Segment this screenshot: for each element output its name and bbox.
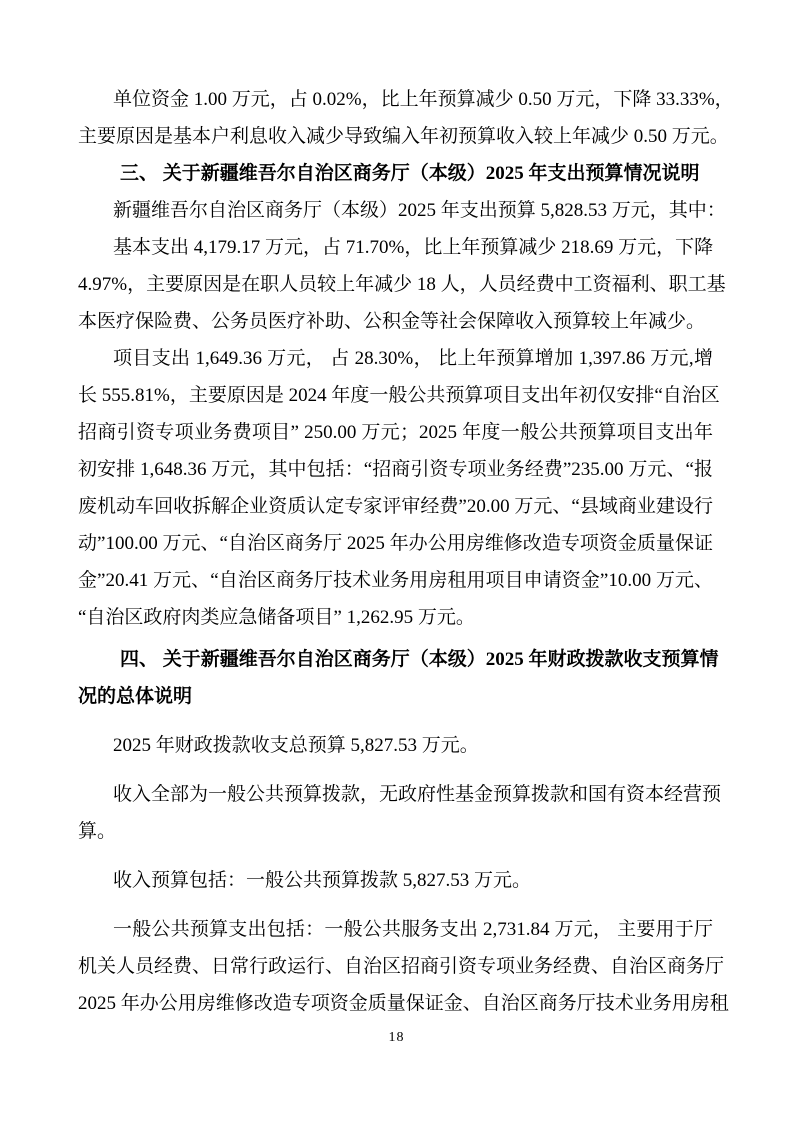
paragraph-basic-expenditure: 基本支出 4,179.17 万元，占 71.70%，比上年预算减少 218.69… [78, 229, 713, 340]
text-line: 2025 年办公用房维修改造专项资金质量保证金、自治区商务厅技术业务用房租 [78, 985, 713, 1022]
text-line: 本医疗保险费、公务员医疗补助、公积金等社会保障收入预算较上年减少。 [78, 303, 713, 340]
section-heading-3: 三、 关于新疆维吾尔自治区商务厅（本级）2025 年支出预算情况说明 [78, 155, 713, 192]
section-heading-4: 四、 关于新疆维吾尔自治区商务厅（本级）2025 年财政拨款收支预算情况的总体说… [78, 641, 713, 715]
text-line: 2025 年财政拨款收支总预算 5,827.53 万元。 [78, 727, 713, 764]
text-line: “自治区政府肉类应急储备项目” 1,262.95 万元。 [78, 599, 713, 636]
paragraph-public-budget-expenditure: 一般公共预算支出包括：一般公共服务支出 2,731.84 万元， 主要用于厅机关… [78, 911, 713, 1022]
document-page: 单位资金 1.00 万元，占 0.02%，比上年预算减少 0.50 万元，下降 … [0, 0, 793, 1122]
paragraph-fiscal-total: 2025 年财政拨款收支总预算 5,827.53 万元。 [78, 727, 713, 764]
document-body: 单位资金 1.00 万元，占 0.02%，比上年预算减少 0.50 万元，下降 … [78, 81, 713, 1022]
text-line: 机关人员经费、日常行政运行、自治区招商引资专项业务经费、自治区商务厅 [78, 948, 713, 985]
text-line: 长 555.81%，主要原因是 2024 年度一般公共预算项目支出年初仅安排“自… [78, 377, 713, 414]
text-line: 废机动车回收拆解企业资质认定专家评审经费”20.00 万元、“县域商业建设行 [78, 488, 713, 525]
text-line: 招商引资专项业务费项目” 250.00 万元；2025 年度一般公共预算项目支出… [78, 414, 713, 451]
text-line: 金”20.41 万元、“自治区商务厅技术业务用房租用项目申请资金”10.00 万… [78, 562, 713, 599]
text-line: 动”100.00 万元、“自治区商务厅 2025 年办公用房维修改造专项资金质量… [78, 525, 713, 562]
text-line: 四、 关于新疆维吾尔自治区商务厅（本级）2025 年财政拨款收支预算情 [78, 641, 713, 678]
text-line: 一般公共预算支出包括：一般公共服务支出 2,731.84 万元， 主要用于厅 [78, 911, 713, 948]
text-line: 初安排 1,648.36 万元，其中包括：“招商引资专项业务经费”235.00 … [78, 451, 713, 488]
paragraph-income-source: 收入全部为一般公共预算拨款，无政府性基金预算拨款和国有资本经营预算。 [78, 776, 713, 850]
paragraph-expenditure-total: 新疆维吾尔自治区商务厅（本级）2025 年支出预算 5,828.53 万元，其中… [78, 192, 713, 229]
page-number: 18 [0, 1030, 793, 1046]
text-line: 收入全部为一般公共预算拨款，无政府性基金预算拨款和国有资本经营预 [78, 776, 713, 813]
text-line: 基本支出 4,179.17 万元，占 71.70%，比上年预算减少 218.69… [78, 229, 713, 266]
text-line: 况的总体说明 [78, 678, 713, 715]
text-line: 新疆维吾尔自治区商务厅（本级）2025 年支出预算 5,828.53 万元，其中… [78, 192, 713, 229]
text-line: 算。 [78, 813, 713, 850]
text-line: 单位资金 1.00 万元，占 0.02%，比上年预算减少 0.50 万元，下降 … [78, 81, 713, 118]
text-line: 三、 关于新疆维吾尔自治区商务厅（本级）2025 年支出预算情况说明 [78, 155, 713, 192]
text-line: 4.97%，主要原因是在职人员较上年减少 18 人，人员经费中工资福利、职工基 [78, 266, 713, 303]
paragraph-project-expenditure: 项目支出 1,649.36 万元， 占 28.30%， 比上年预算增加 1,39… [78, 340, 713, 636]
paragraph-unit-funds: 单位资金 1.00 万元，占 0.02%，比上年预算减少 0.50 万元，下降 … [78, 81, 713, 155]
paragraph-income-budget: 收入预算包括：一般公共预算拨款 5,827.53 万元。 [78, 862, 713, 899]
text-line: 主要原因是基本户利息收入减少导致编入年初预算收入较上年减少 0.50 万元。 [78, 118, 713, 155]
text-line: 项目支出 1,649.36 万元， 占 28.30%， 比上年预算增加 1,39… [78, 340, 713, 377]
text-line: 收入预算包括：一般公共预算拨款 5,827.53 万元。 [78, 862, 713, 899]
